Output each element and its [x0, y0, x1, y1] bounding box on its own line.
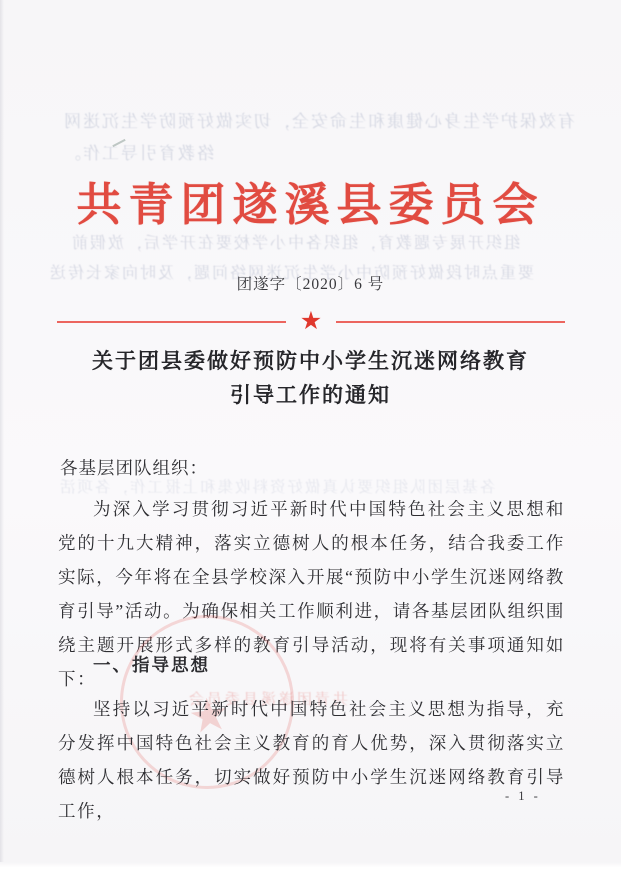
document-title-line2: 引导工作的通知	[30, 378, 591, 412]
star-icon: ★	[286, 309, 336, 334]
document-number: 团遂字〔2020〕6 号	[0, 272, 621, 294]
page-number: - 1 -	[505, 789, 541, 804]
section-heading-1: 一、指导思想	[58, 652, 565, 677]
bleedthrough-text-line: 有效保护学生身心健康和生命安全，切实做好预防学生沉迷网	[62, 106, 575, 137]
paragraph-guiding-thought: 坚持以习近平新时代中国特色社会主义思想为指导，充分发挥中国特色社会主义教育的育人…	[58, 692, 565, 828]
scanned-document-page: 有效保护学生身心健康和生命安全，切实做好预防学生沉迷网 络教育引导工作。 共青团…	[0, 0, 621, 889]
document-title: 关于团县委做好预防中小学生沉迷网络教育 引导工作的通知	[30, 344, 591, 412]
red-line-right	[336, 321, 565, 323]
document-title-line1: 关于团县委做好预防中小学生沉迷网络教育	[30, 344, 591, 378]
red-separator: ★	[57, 308, 565, 336]
red-line-left	[57, 321, 286, 323]
letterhead-org-title: 共青团遂溪县委员会	[0, 168, 621, 233]
bleedthrough-text-line: 组织开展专题教育，组织各中小学校要在开学后，放假前	[70, 228, 520, 259]
bleedthrough-text-line: 络教育引导工作。	[62, 138, 214, 169]
scan-edge-shadow	[0, 0, 4, 862]
